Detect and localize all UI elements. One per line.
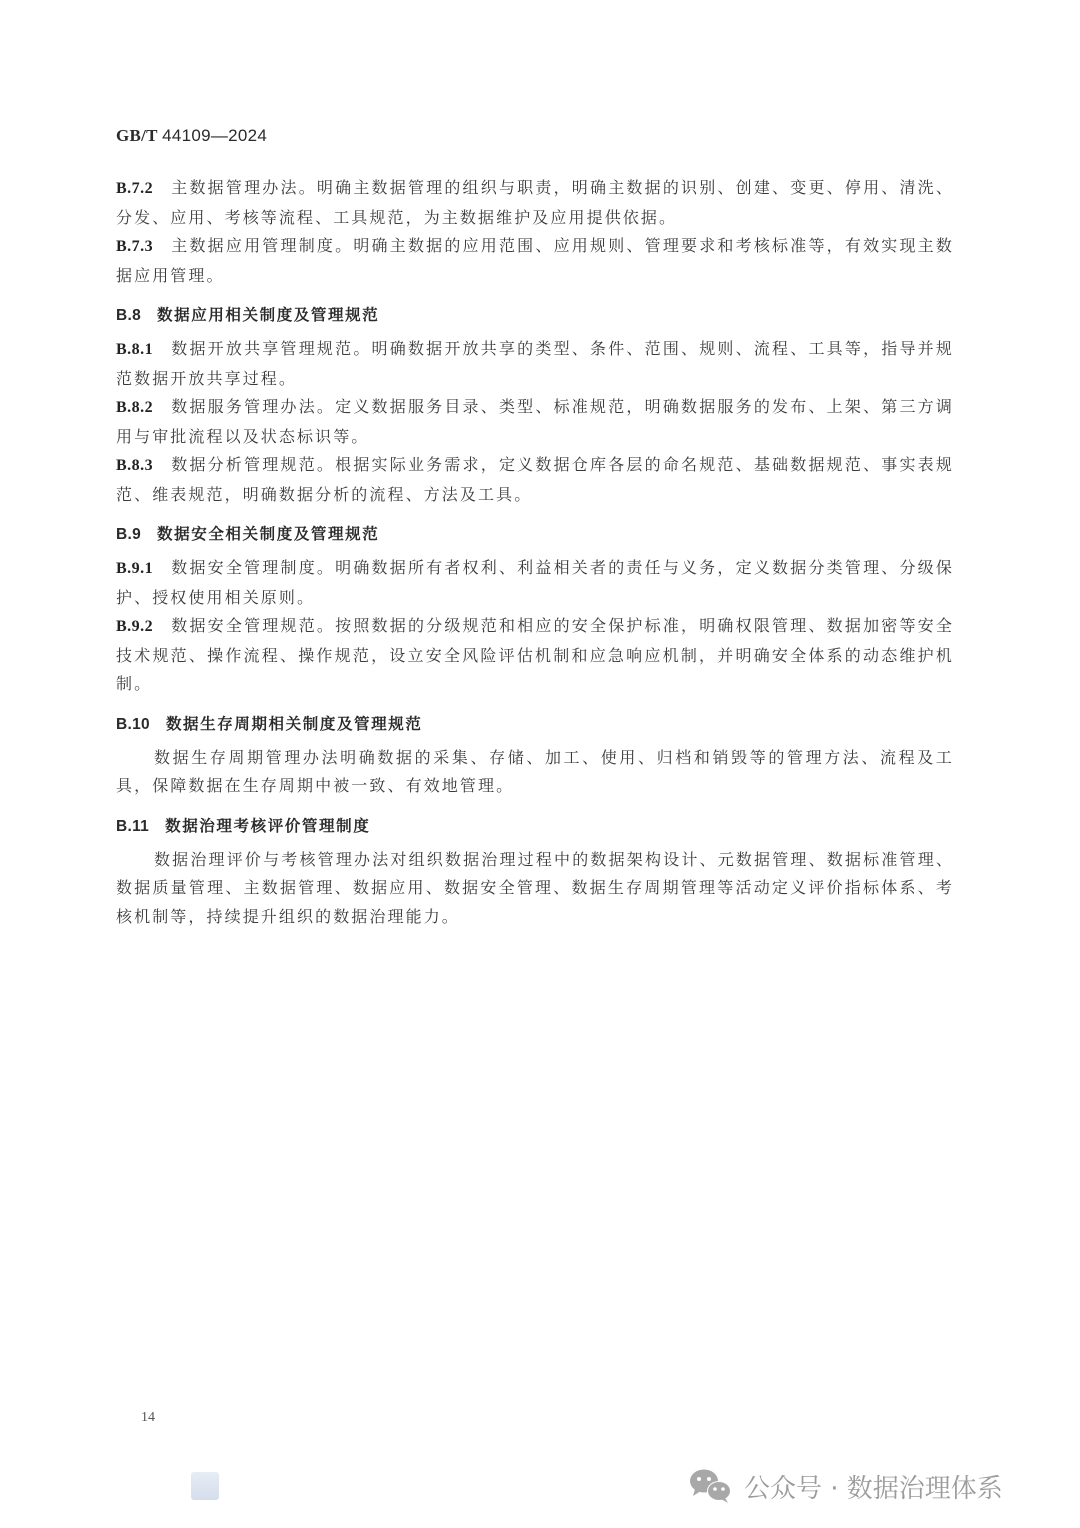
clause-b-9-2: B.9.2数据安全管理规范。按照数据的分级规范和相应的安全保护标准，明确权限管理… — [116, 612, 954, 699]
clause-number: B.9.2 — [116, 618, 153, 635]
clause-b-7-3: B.7.3主数据应用管理制度。明确主数据的应用范围、应用规则、管理要求和考核标准… — [116, 232, 954, 290]
clause-text: 主数据管理办法。明确主数据管理的组织与职责，明确主数据的识别、创建、变更、停用、… — [116, 178, 954, 227]
standard-prefix: GB/T — [116, 126, 158, 145]
document-body: B.7.2主数据管理办法。明确主数据管理的组织与职责，明确主数据的识别、创建、变… — [116, 174, 954, 931]
clause-text: 数据开放共享管理规范。明确数据开放共享的类型、条件、范围、规则、流程、工具等，指… — [116, 339, 954, 388]
heading-number: B.10 — [116, 716, 150, 733]
heading-number: B.9 — [116, 526, 141, 543]
heading-text: 数据应用相关制度及管理规范 — [157, 306, 379, 324]
heading-text: 数据安全相关制度及管理规范 — [157, 525, 379, 543]
wechat-icon — [688, 1468, 734, 1504]
heading-text: 数据治理考核评价管理制度 — [165, 817, 370, 835]
heading-text: 数据生存周期相关制度及管理规范 — [166, 715, 423, 733]
standard-header: GB/T 44109—2024 — [116, 126, 267, 146]
standard-number: 44109—2024 — [162, 126, 267, 145]
clause-number: B.7.2 — [116, 180, 153, 197]
page-number: 14 — [141, 1410, 155, 1426]
clause-text: 数据服务管理办法。定义数据服务目录、类型、标准规范，明确数据服务的发布、上架、第… — [116, 397, 954, 446]
clause-text: 数据分析管理规范。根据实际业务需求，定义数据仓库各层的命名规范、基础数据规范、事… — [116, 455, 954, 504]
section-heading-b-11: B.11数据治理考核评价管理制度 — [116, 812, 954, 840]
clause-text: 主数据应用管理制度。明确主数据的应用范围、应用规则、管理要求和考核标准等，有效实… — [116, 236, 954, 285]
clause-number: B.7.3 — [116, 238, 153, 255]
watermark-text: 公众号 · 数据治理体系 — [744, 1468, 1003, 1505]
section-heading-b-10: B.10数据生存周期相关制度及管理规范 — [116, 710, 954, 738]
clause-number: B.8.2 — [116, 399, 153, 416]
document-page: GB/T 44109—2024 B.7.2主数据管理办法。明确主数据管理的组织与… — [0, 0, 1080, 1528]
clause-number: B.8.1 — [116, 341, 153, 358]
section-heading-b-8: B.8数据应用相关制度及管理规范 — [116, 301, 954, 329]
section-heading-b-9: B.9数据安全相关制度及管理规范 — [116, 520, 954, 548]
clause-b-9-1: B.9.1数据安全管理制度。明确数据所有者权利、利益相关者的责任与义务，定义数据… — [116, 554, 954, 612]
publisher-logo-icon — [191, 1472, 219, 1500]
clause-number: B.8.3 — [116, 457, 153, 474]
clause-b-7-2: B.7.2主数据管理办法。明确主数据管理的组织与职责，明确主数据的识别、创建、变… — [116, 174, 954, 232]
clause-text: 数据安全管理规范。按照数据的分级规范和相应的安全保护标准，明确权限管理、数据加密… — [116, 616, 954, 693]
clause-b-8-3: B.8.3数据分析管理规范。根据实际业务需求，定义数据仓库各层的命名规范、基础数… — [116, 451, 954, 509]
paragraph-b-10: 数据生存周期管理办法明确数据的采集、存储、加工、使用、归档和销毁等的管理方法、流… — [116, 744, 954, 801]
paragraph-b-11: 数据治理评价与考核管理办法对组织数据治理过程中的数据架构设计、元数据管理、数据标… — [116, 846, 954, 932]
clause-b-8-1: B.8.1数据开放共享管理规范。明确数据开放共享的类型、条件、范围、规则、流程、… — [116, 335, 954, 393]
clause-b-8-2: B.8.2数据服务管理办法。定义数据服务目录、类型、标准规范，明确数据服务的发布… — [116, 393, 954, 451]
clause-number: B.9.1 — [116, 560, 153, 577]
heading-number: B.11 — [116, 818, 149, 835]
clause-text: 数据安全管理制度。明确数据所有者权利、利益相关者的责任与义务，定义数据分类管理、… — [116, 558, 954, 607]
heading-number: B.8 — [116, 307, 141, 324]
watermark: 公众号 · 数据治理体系 — [688, 1466, 1003, 1506]
